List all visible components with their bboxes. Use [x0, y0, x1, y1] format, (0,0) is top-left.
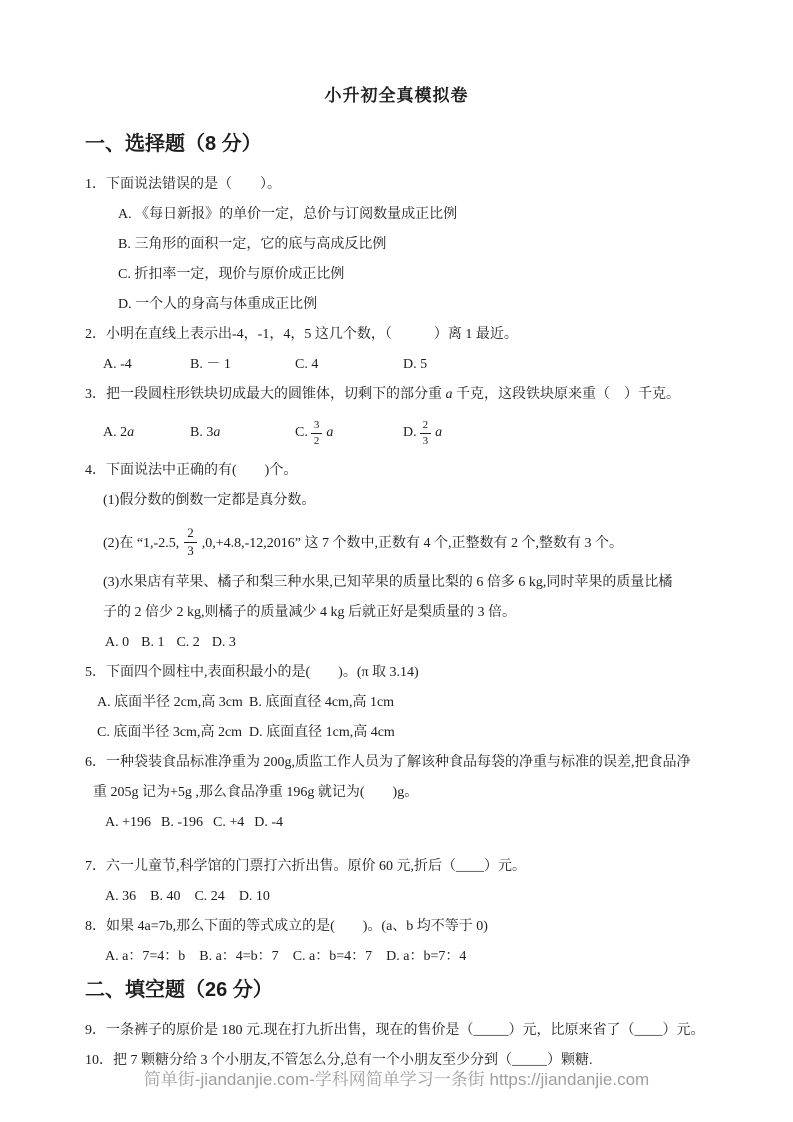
question-8-option-d: D. a：b=7：4 — [386, 949, 466, 964]
question-2-options: A. -4 B. － 1 C. 4 D. 5 — [85, 350, 748, 380]
question-3-options: A. 2a B. 3a C. 32a D. 23a — [85, 410, 748, 456]
question-2: 2．小明在直线上表示出-4，-1，4，5 这几个数，（ ）离 1 最近。 A. … — [85, 320, 748, 380]
question-4-option-c: C. 2 — [176, 635, 199, 650]
question-7-option-c: C. 24 — [194, 889, 224, 904]
question-8-option-a: A. a：7=4：b — [105, 949, 185, 964]
exam-paper-page: 小升初全真模拟卷 一、选择题（8 分） 1．下面说法错误的是（ ）。 A. 《每… — [0, 0, 793, 1122]
question-4-options: A. 0B. 1C. 2D. 3 — [85, 628, 748, 658]
question-4-statement-1: (1)假分数的倒数一定都是真分数。 — [85, 486, 748, 516]
question-1-option-b: B. 三角形的面积一定，它的底与高成反比例 — [85, 230, 748, 260]
question-1: 1．下面说法错误的是（ ）。 A. 《每日新报》的单价一定，总价与订阅数量成正比… — [85, 170, 748, 320]
fraction-numerator: 2 — [420, 419, 432, 433]
question-1-option-d: D. 一个人的身高与体重成正比例 — [85, 290, 748, 320]
question-5-option-b: B. 底面直径 4cm,高 1cm — [249, 688, 394, 718]
question-1-text: 1．下面说法错误的是（ ）。 — [85, 170, 748, 200]
question-5-options-row-2: C. 底面半径 3cm,高 2cm D. 底面直径 1cm,高 4cm — [85, 718, 748, 748]
variable-a: a — [446, 387, 453, 402]
question-5: 5．下面四个圆柱中,表面积最小的是( )。(π 取 3.14) A. 底面半径 … — [85, 658, 748, 748]
question-4-option-d: D. 3 — [212, 635, 236, 650]
question-6-text-line-2: 重 205g 记为+5g ,那么食品净重 196g 就记为( )g。 — [85, 778, 748, 808]
question-6-option-c: C. +4 — [213, 815, 244, 830]
page-title: 小升初全真模拟卷 — [85, 84, 708, 108]
question-2-option-c: C. 4 — [295, 350, 403, 380]
question-7: 7．六一儿童节,科学馆的门票打六折出售。原价 60 元,折后（____）元。 A… — [85, 852, 748, 912]
question-5-option-a: A. 底面半径 2cm,高 3cm — [97, 688, 249, 718]
fraction: 23 — [420, 419, 432, 446]
fraction-denominator: 3 — [184, 543, 197, 558]
fraction-denominator: 2 — [311, 434, 323, 447]
question-7-option-b: B. 40 — [150, 889, 180, 904]
question-4-text: 4．下面说法中正确的有( )个。 — [85, 456, 748, 486]
question-4: 4．下面说法中正确的有( )个。 (1)假分数的倒数一定都是真分数。 (2)在 … — [85, 456, 748, 658]
question-4-option-a: A. 0 — [105, 635, 129, 650]
question-6-text-line-1: 6．一种袋装食品标准净重为 200g,质监工作人员为了解该种食品每袋的净重与标准… — [85, 748, 748, 778]
variable-a: a — [435, 418, 442, 448]
question-5-options-row-1: A. 底面半径 2cm,高 3cm B. 底面直径 4cm,高 1cm — [85, 688, 748, 718]
question-5-option-c: C. 底面半径 3cm,高 2cm — [97, 718, 249, 748]
question-4-option-b: B. 1 — [141, 635, 164, 650]
fraction-numerator: 2 — [184, 526, 197, 542]
question-8-text: 8．如果 4a=7b,那么下面的等式成立的是( )。(a、b 均不等于 0) — [85, 912, 748, 942]
statement-2-pre: (2)在 “1,-2.5, — [103, 532, 179, 552]
fraction-numerator: 3 — [311, 419, 323, 433]
question-5-option-d: D. 底面直径 1cm,高 4cm — [249, 718, 395, 748]
question-6-option-b: B. -196 — [161, 815, 203, 830]
fraction: 23 — [184, 526, 197, 558]
question-1-option-c: C. 折扣率一定，现价与原价成正比例 — [85, 260, 748, 290]
question-7-text: 7．六一儿童节,科学馆的门票打六折出售。原价 60 元,折后（____）元。 — [85, 852, 748, 882]
question-3-option-d: D. 23a — [403, 418, 442, 448]
footer-watermark: 简单街-jiandanjie.com-学科网简单学习一条街 https://ji… — [0, 1068, 793, 1092]
question-3-option-b: B. 3a — [190, 418, 295, 448]
question-5-text: 5．下面四个圆柱中,表面积最小的是( )。(π 取 3.14) — [85, 658, 748, 688]
question-6-option-d: D. -4 — [254, 815, 283, 830]
question-3-option-a: A. 2a — [103, 418, 190, 448]
question-8: 8．如果 4a=7b,那么下面的等式成立的是( )。(a、b 均不等于 0) A… — [85, 912, 748, 972]
question-6: 6．一种袋装食品标准净重为 200g,质监工作人员为了解该种食品每袋的净重与标准… — [85, 748, 748, 838]
question-4-statement-3-line-2: 子的 2 倍少 2 kg,则橘子的质量减少 4 kg 后就正好是梨质量的 3 倍… — [85, 598, 748, 628]
question-3-text-post: 千克，这段铁块原来重（ ）千克。 — [453, 387, 681, 402]
question-3-text: 3．把一段圆柱形铁块切成最大的圆锥体，切剩下的部分重 a 千克，这段铁块原来重（… — [85, 380, 748, 410]
fraction-denominator: 3 — [420, 434, 432, 447]
question-3-text-pre: 3．把一段圆柱形铁块切成最大的圆锥体，切剩下的部分重 — [85, 387, 446, 402]
question-2-option-a: A. -4 — [103, 350, 190, 380]
question-8-option-b: B. a：4=b：7 — [199, 949, 278, 964]
question-3-option-c: C. 32a — [295, 418, 403, 448]
variable-a: a — [213, 418, 220, 448]
question-4-statement-3-line-1: (3)水果店有苹果、橘子和梨三种水果,已知苹果的质量比梨的 6 倍多 6 kg,… — [85, 568, 748, 598]
fraction: 32 — [311, 419, 323, 446]
question-4-statement-2: (2)在 “1,-2.5,23,0,+4.8,-12,2016” 这 7 个数中… — [85, 516, 748, 568]
question-3: 3．把一段圆柱形铁块切成最大的圆锥体，切剩下的部分重 a 千克，这段铁块原来重（… — [85, 380, 748, 456]
question-7-option-d: D. 10 — [239, 889, 270, 904]
question-6-options: A. +196B. -196C. +4D. -4 — [85, 808, 748, 838]
question-2-text: 2．小明在直线上表示出-4，-1，4，5 这几个数，（ ）离 1 最近。 — [85, 320, 748, 350]
question-7-options: A. 36B. 40C. 24D. 10 — [85, 882, 748, 912]
question-2-option-b: B. － 1 — [190, 350, 295, 380]
question-2-option-d: D. 5 — [403, 350, 427, 380]
question-6-option-a: A. +196 — [105, 815, 151, 830]
question-7-option-a: A. 36 — [105, 889, 136, 904]
statement-2-post: ,0,+4.8,-12,2016” 这 7 个数中,正数有 4 个,正整数有 2… — [202, 532, 623, 552]
section-1-heading: 一、选择题（8 分） — [85, 128, 748, 160]
question-1-option-a: A. 《每日新报》的单价一定，总价与订阅数量成正比例 — [85, 200, 748, 230]
question-8-option-c: C. a：b=4：7 — [293, 949, 372, 964]
variable-a: a — [127, 418, 134, 448]
question-8-options: A. a：7=4：bB. a：4=b：7C. a：b=4：7D. a：b=7：4 — [85, 942, 748, 972]
variable-a: a — [326, 418, 333, 448]
section-2-heading: 二、填空题（26 分） — [85, 974, 748, 1006]
question-9-text: 9．一条裤子的原价是 180 元.现在打九折出售，现在的售价是（_____）元，… — [85, 1016, 748, 1046]
